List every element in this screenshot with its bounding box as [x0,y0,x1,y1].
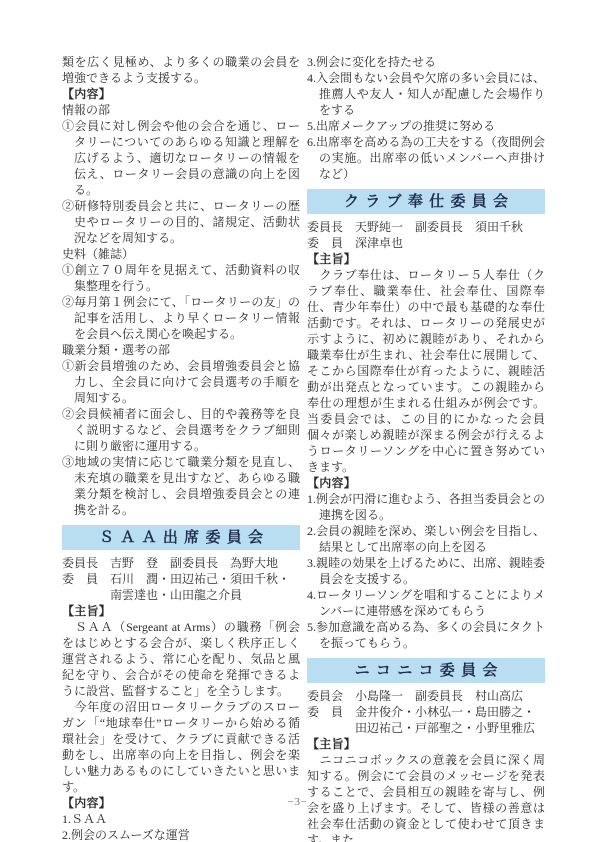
list-item: ①創立７０周年を見据えて、活動資料の収集整理を行う。 [62,262,300,294]
paragraph: 情報の部 [62,102,300,118]
list-item: 1.ＳＡＡ [62,811,300,827]
list-item: ①新会員増強のため、会員増強委員会と協力し、全会員に向けて会員選考の手順を周知す… [62,358,300,406]
list-item: 4.入会間もない会員や欠席の多い会員には、推薦人や友人・知人が配慮した会場作りを… [307,70,545,118]
list-item: ③地域の実情に応じて職業分類を見直し、未充填の職業を見出すなど、あらゆる職業分類… [62,454,300,518]
list-item: 3.親睦の効果を上げるために、出席、親睦委員会を支援する。 [307,555,545,587]
list-item: 1.例会が円滑に進むよう、各担当委員会との連携を図る。 [307,491,545,523]
member-line: 委員長 吉野 登 副委員長 為野大地 [62,555,300,571]
list-item: ②毎月第１例会にて、「ロータリーの友」の記事を活用し、より早くロータリー情報を会… [62,294,300,342]
list-item: 3.例会に変化を持たせる [307,54,545,70]
section-header: ＳＡＡ出席委員会 [62,525,300,550]
list-item: ②研修特別委員会と共に、ロータリーの歴史やロータリーの目的、諸規定、活動状況など… [62,198,300,246]
member-line: 委 員 石川 潤・田辺祐己・須田千秋・南雲達也・山田龍之介員 [62,571,300,603]
section-header: ニコニコ委員会 [307,658,545,683]
column-left: 類を広く見極め、より多くの職業の会員を増強できるよう支援する。【内容】情報の部①… [62,54,300,842]
section-label: 【内容】 [62,86,300,102]
section-header: クラブ奉仕委員会 [307,189,545,214]
member-line: 委員会 小島隆一 副委員長 村山高広 [307,688,545,704]
page-number: −3− [0,794,595,810]
text-columns: 類を広く見極め、より多くの職業の会員を増強できるよう支援する。【内容】情報の部①… [0,0,595,842]
section-label: 【主旨】 [307,251,545,267]
list-item: 2.会員の親睦を深め、楽しい例会を目指し、結果として出席率の向上を図る [307,523,545,555]
member-line: 委員長 天野純一 副委員長 須田千秋 [307,219,545,235]
list-item: ②会員候補者に面会し、目的や義務等を良く説明するなど、会員選考をクラブ細則に則り… [62,406,300,454]
list-item: 2.例会のスムーズな運営 [62,827,300,842]
list-item: 6.出席率を高める為の工夫をする（夜間例会の実施。出席率の低いメンバーへ声掛けな… [307,134,545,182]
list-item: 5.出席メークアップの推奨に努める [307,118,545,134]
section-label: 【主旨】 [307,736,545,752]
section-label: 【主旨】 [62,603,300,619]
paragraph: 類を広く見極め、より多くの職業の会員を増強できるよう支援する。 [62,54,300,86]
column-right: 3.例会に変化を持たせる4.入会間もない会員や欠席の多い会員には、推薦人や友人・… [307,54,545,842]
document-page: 類を広く見極め、より多くの職業の会員を増強できるよう支援する。【内容】情報の部①… [0,0,595,842]
member-line: 委 員 深津卓也 [307,235,545,251]
paragraph: 史料（雑誌） [62,246,300,262]
paragraph: ＳＡＡ（Sergeant at Arms）の職務「例会をはじめとする会合が、楽し… [62,619,300,699]
section-label: 【内容】 [307,475,545,491]
list-item: ①会員に対し例会や他の会合を通じ、ロータリーについてのあらゆる知識と理解を広げる… [62,118,300,198]
paragraph: クラブ奉仕は、ロータリー５人奉仕（クラブ奉仕、職業奉仕、社会奉仕、国際奉仕、青少… [307,267,545,475]
list-item: 4.ロータリーソングを唱和することによりメンバーに連帯感を深めてもらう [307,587,545,619]
paragraph: 職業分類・選考の部 [62,342,300,358]
member-line: 委 員 金井俊介・小林弘一・島田勝之・田辺祐己・戸部聖之・小野里雅広 [307,704,545,736]
paragraph: 今年度の沼田ロータリークラブのスローガン「“地球奉仕”ロータリーから始める循環社… [62,699,300,795]
list-item: 5.参加意識を高める為、多くの会員にタクトを振ってもらう。 [307,619,545,651]
